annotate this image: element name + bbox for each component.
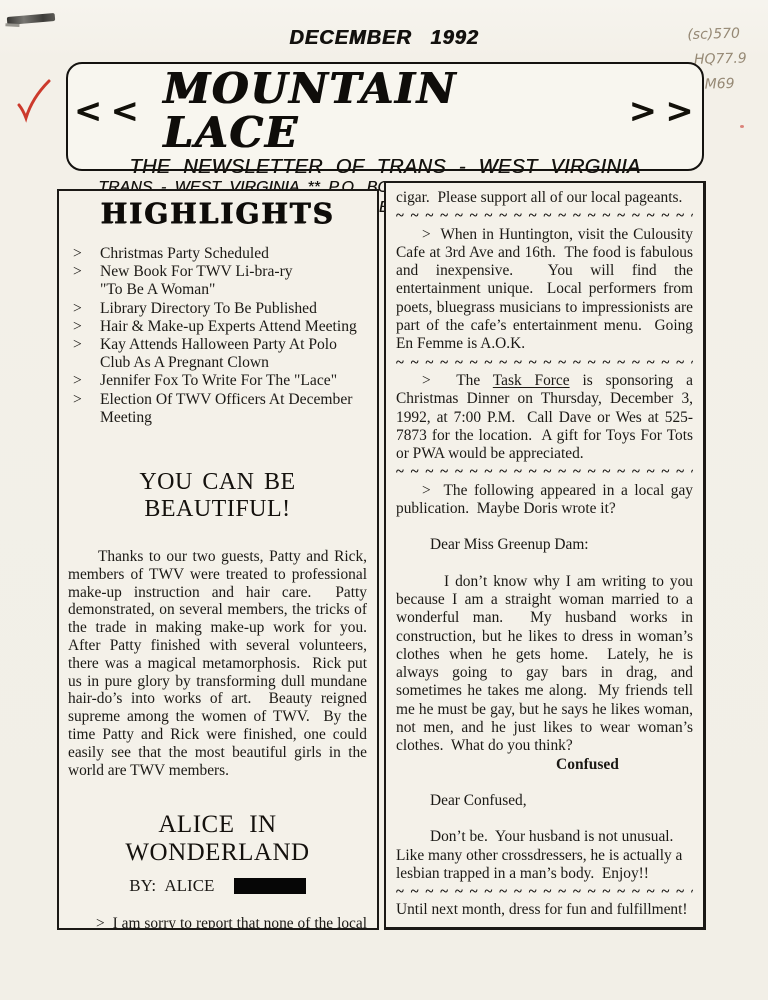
highlight-text: Library Directory To Be Published bbox=[100, 300, 367, 318]
highlight-item: > Hair & Make-up Experts Attend Meeting bbox=[68, 318, 367, 336]
right-brackets-ornament: >> bbox=[623, 89, 702, 133]
reply-body: Don’t be. Your husband is not unusual. L… bbox=[396, 828, 693, 883]
tilde-divider: ~ ~ ~ ~ ~ ~ ~ ~ ~ ~ ~ ~ ~ ~ ~ ~ ~ ~ ~ ~ … bbox=[396, 463, 693, 481]
taskforce-item: > The Task Force is sponsoring a Christm… bbox=[396, 372, 693, 463]
left-column: HIGHLIGHTS > Christmas Party Scheduled >… bbox=[57, 189, 379, 930]
tilde-divider: ~ ~ ~ ~ ~ ~ ~ ~ ~ ~ ~ ~ ~ ~ ~ ~ ~ ~ ~ ~ … bbox=[396, 883, 693, 901]
reply-salutation: Dear Confused, bbox=[396, 792, 693, 810]
highlight-item: > Kay Attends Halloween Party At Polo Cl… bbox=[68, 336, 367, 372]
catalog-line-3: M69 bbox=[704, 71, 768, 98]
letter-body: I don’t know why I am writing to you bec… bbox=[396, 573, 693, 756]
tilde-divider: ~ ~ ~ ~ ~ ~ ~ ~ ~ ~ ~ ~ ~ ~ ~ ~ ~ ~ ~ ~ … bbox=[396, 354, 693, 372]
highlight-item: > Election Of TWV Officers At December M… bbox=[68, 391, 367, 427]
staple-mark bbox=[7, 13, 56, 25]
taskforce-underlined-text: Task Force bbox=[493, 372, 570, 389]
bullet-glyph: > bbox=[68, 391, 100, 427]
highlight-text: Christmas Party Scheduled bbox=[100, 245, 367, 263]
newsletter-page: (sc)570 HQ77.9 M69 DECEMBER 1992 << MOUN… bbox=[0, 0, 768, 1000]
bullet-glyph: > bbox=[68, 336, 100, 372]
highlight-text: Kay Attends Halloween Party At Polo Club… bbox=[100, 336, 367, 372]
highlight-item: > Christmas Party Scheduled bbox=[68, 245, 367, 263]
bullet-glyph: > bbox=[68, 318, 100, 336]
red-ink-speck bbox=[740, 125, 744, 128]
bullet-glyph: > bbox=[68, 263, 100, 299]
masthead-box: << MOUNTAIN LACE >> THE NEWSLETTER OF TR… bbox=[66, 62, 704, 171]
letter-signature: Confused bbox=[396, 756, 693, 774]
highlight-item: > Library Directory To Be Published bbox=[68, 300, 367, 318]
highlight-text: Election Of TWV Officers At December Mee… bbox=[100, 391, 367, 427]
bullet-glyph: > bbox=[68, 245, 100, 263]
alice-article-title: ALICE IN WONDERLAND bbox=[68, 811, 367, 867]
continuation-text: cigar. Please support all of our local p… bbox=[396, 189, 693, 207]
alice-article-body: > I am sorry to report that none of the … bbox=[68, 915, 367, 930]
alice-byline-label: BY: ALICE bbox=[129, 876, 214, 895]
letter-salutation: Dear Miss Greenup Dam: bbox=[396, 536, 693, 554]
left-brackets-ornament: << bbox=[68, 89, 147, 133]
masthead-title-row: << MOUNTAIN LACE >> bbox=[68, 67, 702, 155]
highlight-item: > New Book For TWV Li-bra-ry "To Be A Wo… bbox=[68, 263, 367, 299]
tilde-divider: ~ ~ ~ ~ ~ ~ ~ ~ ~ ~ ~ ~ ~ ~ ~ ~ ~ ~ ~ ~ … bbox=[396, 207, 693, 225]
redaction-box-alice bbox=[234, 878, 306, 894]
highlight-text: New Book For TWV Li-bra-ry "To Be A Woma… bbox=[100, 263, 367, 299]
alice-byline: BY: ALICE bbox=[68, 876, 367, 896]
highlight-text: Hair & Make-up Experts Attend Meeting bbox=[100, 318, 367, 336]
beautiful-article-body: Thanks to our two guests, Patty and Rick… bbox=[68, 548, 367, 779]
taskforce-prefix: > The bbox=[422, 372, 493, 389]
right-column: cigar. Please support all of our local p… bbox=[384, 181, 706, 930]
newsletter-title: MOUNTAIN LACE bbox=[163, 67, 606, 155]
newsletter-subtitle: THE NEWSLETTER OF TRANS - WEST VIRGINIA bbox=[129, 156, 640, 178]
red-checkmark-icon bbox=[12, 76, 58, 126]
highlight-text: Jennifer Fox To Write For The "Lace" bbox=[100, 372, 367, 390]
highlight-item: > Jennifer Fox To Write For The "Lace" bbox=[68, 372, 367, 390]
beautiful-article-title: YOU CAN BE BEAUTIFUL! bbox=[68, 469, 367, 523]
bullet-glyph: > bbox=[68, 372, 100, 390]
following-item: > The following appeared in a local gay … bbox=[396, 482, 693, 519]
huntington-item: > When in Huntington, visit the Culousit… bbox=[396, 226, 693, 354]
closing-line: Until next month, dress for fun and fulf… bbox=[396, 901, 693, 919]
issue-date: DECEMBER 1992 bbox=[0, 27, 768, 50]
highlights-title: HIGHLIGHTS bbox=[68, 197, 367, 230]
bullet-glyph: > bbox=[68, 300, 100, 318]
